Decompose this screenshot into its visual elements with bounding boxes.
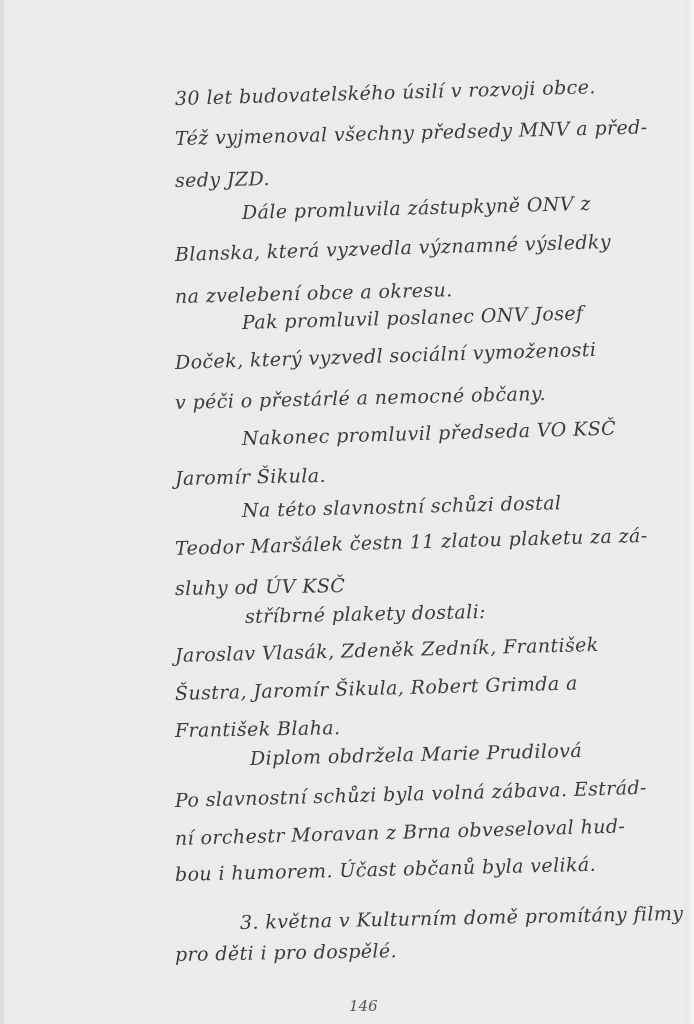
page-number: 146 — [349, 997, 378, 1015]
text-line: pro děti i pro dospělé. — [175, 940, 397, 966]
text-line: Doček, který vyzvedl sociální vymoženost… — [175, 339, 597, 374]
text-line: Šustra, Jaromír Šikula, Robert Grimda a — [175, 672, 578, 705]
text-line: Též vyjmenoval všechny předsedy MNV a př… — [175, 116, 648, 150]
text-line: Nakonec promluvil předseda VO KSČ — [242, 418, 617, 450]
scanned-page: 30 let budovatelského úsilí v rozvoji ob… — [0, 0, 694, 1024]
text-line: v péči o přestárlé a nemocné občany. — [175, 383, 546, 414]
page-right-edge — [685, 0, 694, 1024]
text-line: ní orchestr Moravan z Brna obveseloval h… — [175, 815, 626, 850]
text-line: bou i humorem. Účast občanů byla veliká. — [175, 854, 597, 886]
text-line: sedy JZD. — [175, 168, 270, 192]
page-left-edge — [0, 0, 4, 1024]
text-line: Po slavnostní schůzi byla volná zábava. … — [175, 777, 647, 812]
text-line: stříbrné plakety dostali: — [245, 601, 486, 628]
text-line: Diplom obdržela Marie Prudilová — [250, 740, 583, 770]
text-line: Dále promluvila zástupkyně ONV z — [242, 193, 591, 224]
text-line: 30 let budovatelského úsilí v rozvoji ob… — [175, 76, 596, 110]
text-line: 3. května v Kulturním domě promítány fil… — [240, 903, 684, 934]
text-line: sluhy od ÚV KSČ — [175, 575, 346, 600]
text-line: Jaroslav Vlasák, Zdeněk Zedník, Františe… — [175, 634, 599, 667]
text-line: Blanska, která vyzvedla významné výsledk… — [175, 231, 612, 266]
text-line: František Blaha. — [175, 717, 341, 742]
text-line: Na této slavnostní schůzi dostal — [242, 492, 562, 522]
text-line: Jaromír Šikula. — [175, 465, 326, 490]
text-line: na zvelebení obce a okresu. — [175, 279, 453, 308]
text-line: Teodor Maršálek čestn 11 zlatou plaketu … — [175, 525, 648, 560]
text-line: Pak promluvil poslanec ONV Josef — [242, 302, 584, 334]
